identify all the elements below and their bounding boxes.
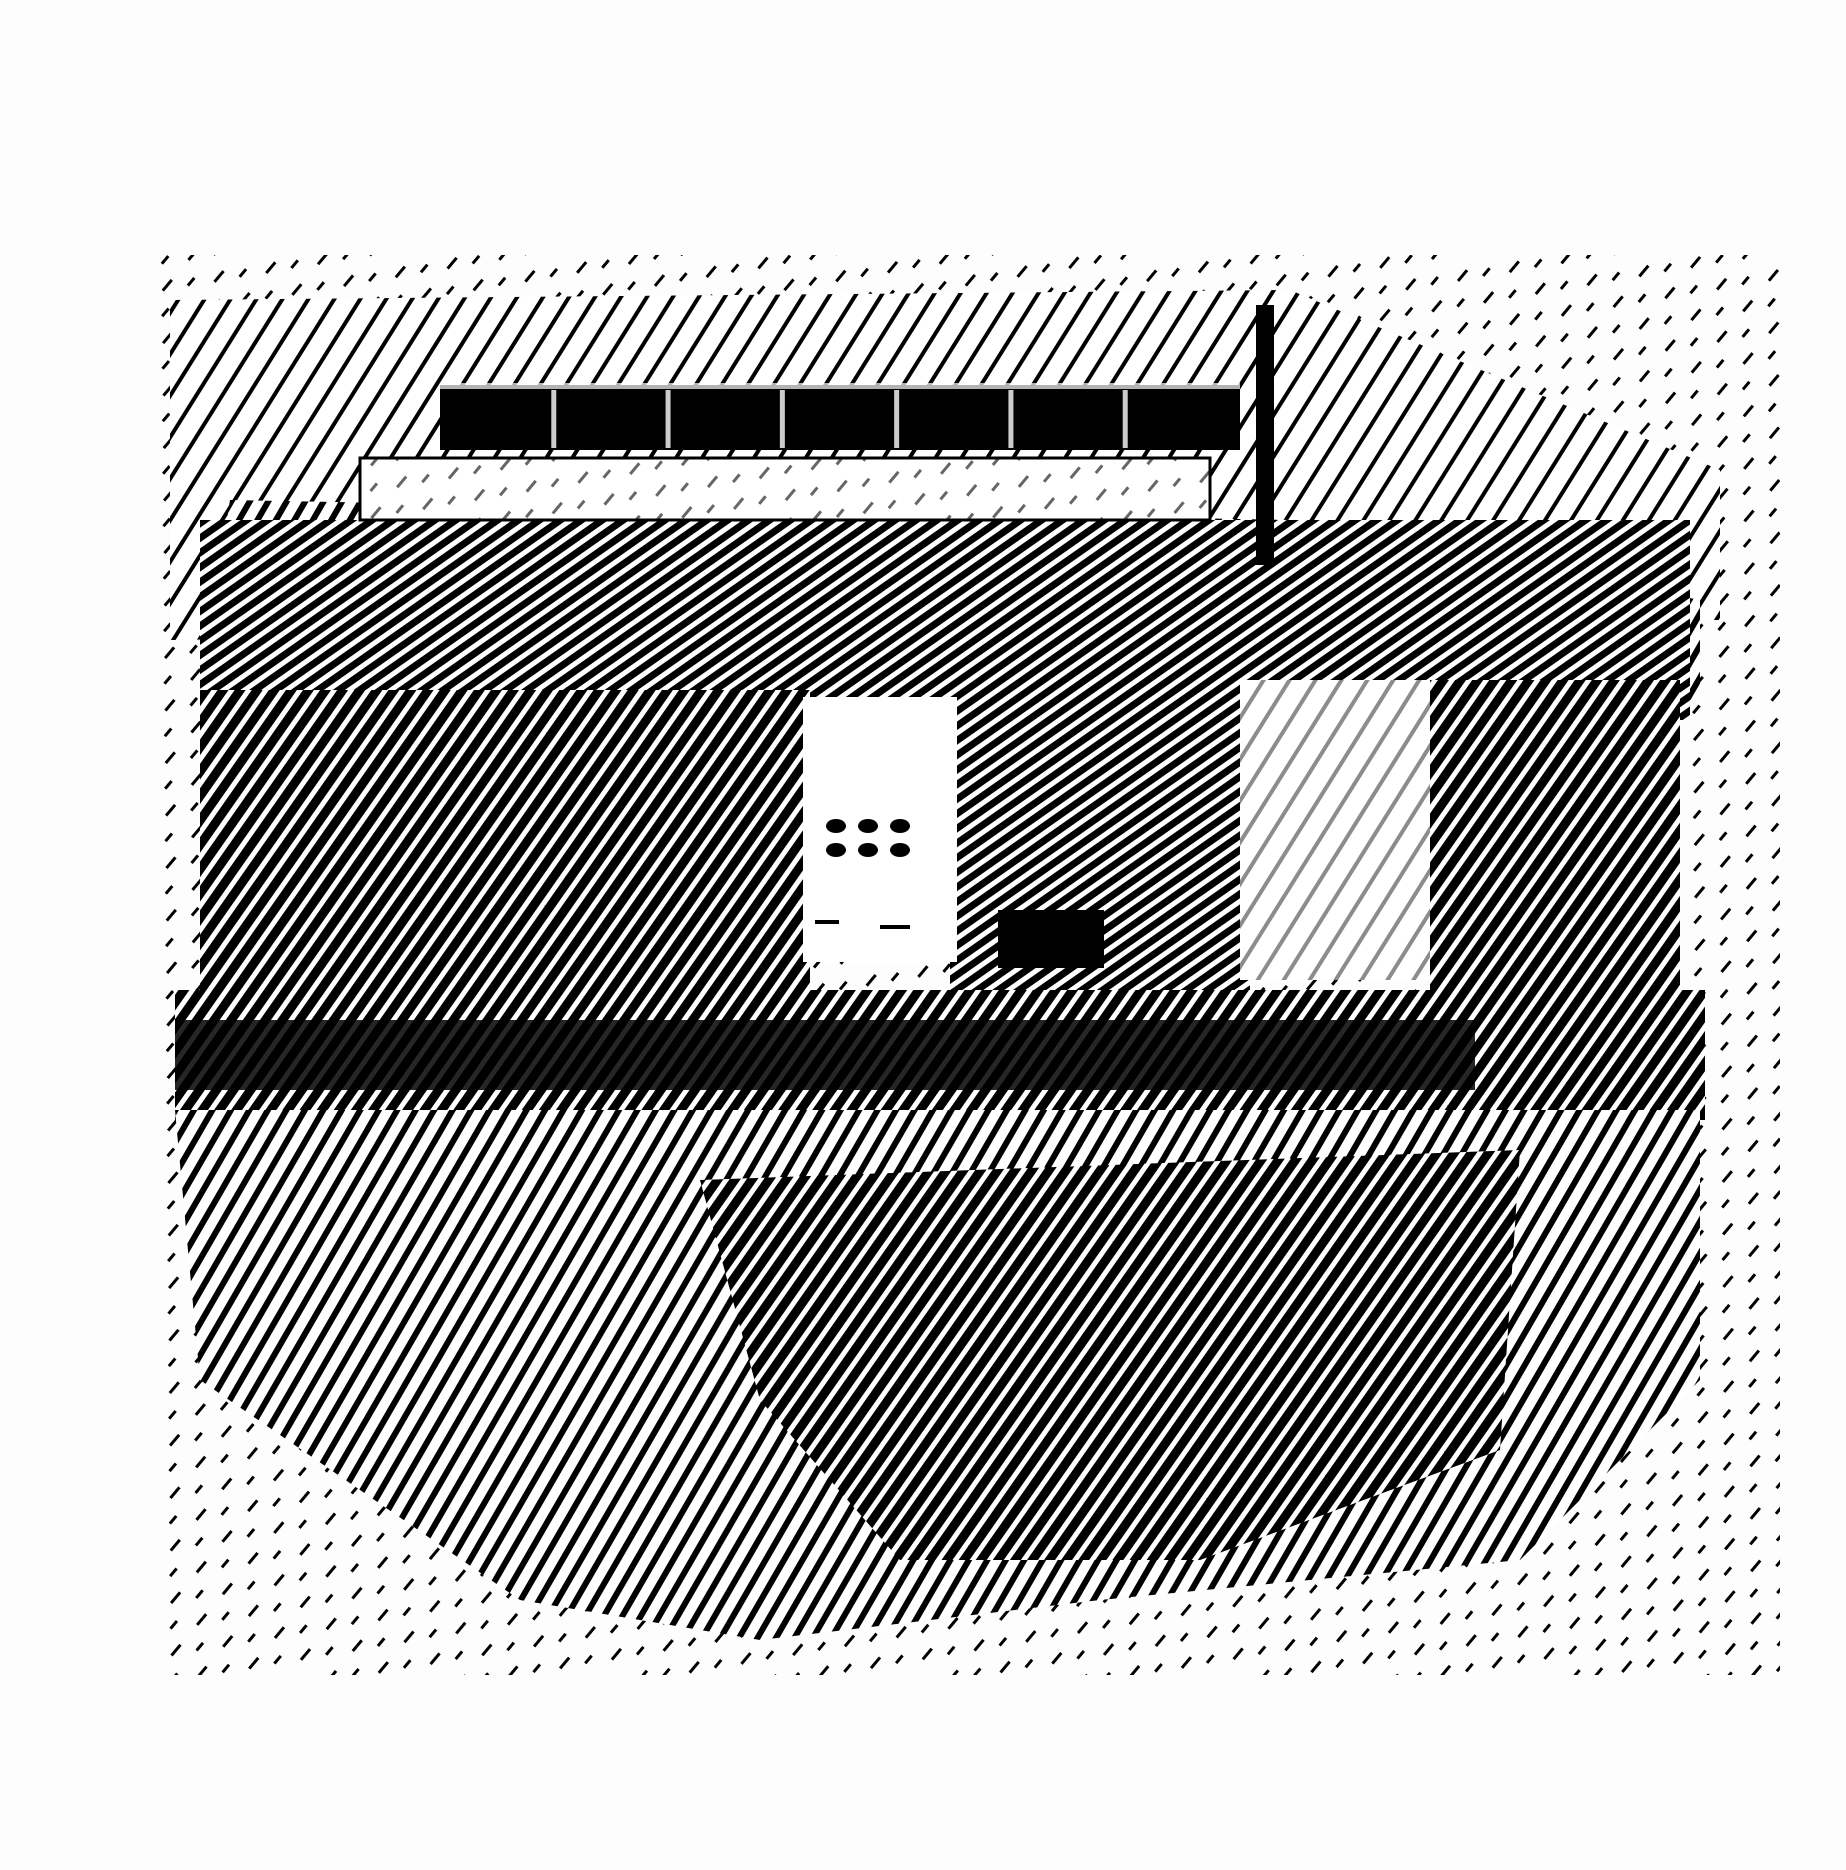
roof-beam [360, 458, 1210, 520]
corner-post [1256, 305, 1274, 565]
clerestory-windows [440, 383, 1240, 450]
dark-box [998, 910, 1104, 968]
light-wall-panel [1240, 680, 1430, 980]
ink-drawing [0, 0, 1846, 1870]
door [803, 697, 957, 962]
ground-shadow-band [175, 990, 1705, 1120]
